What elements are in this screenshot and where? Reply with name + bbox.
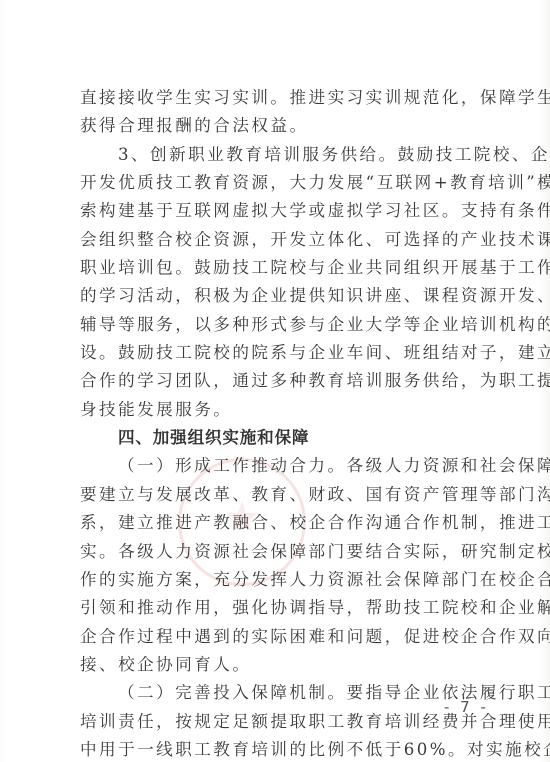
text-line: 直接接收学生实习实训。推进实习实训规范化，保障学生享有: [80, 84, 482, 112]
text-line: 接、校企协同育人。: [80, 651, 482, 679]
text-line: 获得合理报酬的合法权益。: [80, 112, 482, 140]
text-line: 培训责任，按规定足额提取职工教育培训经费并合理使用，其: [80, 708, 482, 736]
text-line: 辅导等服务，以多种形式参与企业大学等企业培训机构的建: [80, 311, 482, 339]
text-line: 索构建基于互联网虚拟大学或虚拟学习社区。支持有条件的社: [80, 197, 482, 225]
text-line: 中用于一线职工教育培训的比例不低于60%。对实施校企合作的: [80, 736, 482, 762]
text-line: 会组织整合校企资源，开发立体化、可选择的产业技术课程和: [80, 226, 482, 254]
text-line: 合作的学习团队，通过多种教育培训服务供给，为职工提供终: [80, 367, 482, 395]
document-body: 直接接收学生实习实训。推进实习实训规范化，保障学生享有 获得合理报酬的合法权益。…: [80, 84, 482, 762]
text-line: 的学习活动，积极为企业提供知识讲座、课程资源开发、技术: [80, 282, 482, 310]
text-line: 引领和推动作用，强化协调指导，帮助技工院校和企业解决校: [80, 594, 482, 622]
text-line: 职业培训包。鼓励技工院校与企业共同组织开展基于工作场所: [80, 254, 482, 282]
text-line: 身技能发展服务。: [80, 396, 482, 424]
text-line: 开发优质技工教育资源，大力发展“互联网+教育培训”模式，探: [80, 169, 482, 197]
text-line: 要建立与发展改革、教育、财政、国有资产管理等部门沟通联: [80, 481, 482, 509]
section-heading: 四、加强组织实施和保障: [80, 424, 482, 452]
text-line: 实。各级人力资源社会保障部门要结合实际，研究制定校企合: [80, 538, 482, 566]
page-number: - 7 -: [444, 698, 489, 716]
paragraph-start-subsection-1: （一）形成工作推动合力。各级人力资源和社会保障部门: [80, 452, 482, 480]
document-page: 直接接收学生实习实训。推进实习实训规范化，保障学生享有 获得合理报酬的合法权益。…: [0, 0, 550, 762]
paragraph-start-subsection-2: （二）完善投入保障机制。要指导企业依法履行职工教育: [80, 679, 482, 707]
paragraph-start-item-3: 3、创新职业教育培训服务供给。鼓励技工院校、企业联合: [80, 141, 482, 169]
text-line: 系，建立推进产教融合、校企合作沟通合作机制，推进工作落: [80, 509, 482, 537]
text-line: 企合作过程中遇到的实际困难和问题，促进校企合作双向对: [80, 623, 482, 651]
text-line: 设。鼓励技工院校的院系与企业车间、班组结对子，建立校企: [80, 339, 482, 367]
text-line: 作的实施方案，充分发挥人力资源社会保障部门在校企合作的: [80, 566, 482, 594]
